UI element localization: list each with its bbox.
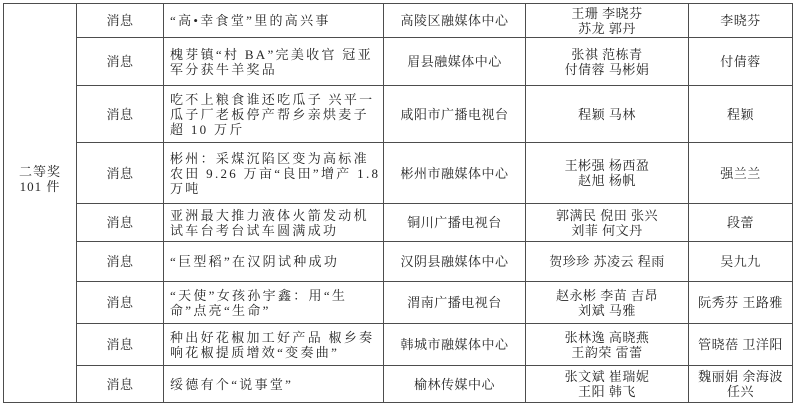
entry-authors-cell: 郭满民 倪田 张兴 刘菲 何文丹 xyxy=(526,204,689,242)
entry-type-cell: 消息 xyxy=(77,242,164,282)
entry-title-cell: 亚洲最大推力液体火箭发动机试车台考台试车圆满成功 xyxy=(164,204,384,242)
entry-type-cell: 消息 xyxy=(77,366,164,403)
table-row: 消息 绥德有个“说事堂” 榆林传媒中心 张文斌 崔瑞妮 王阳 韩飞 魏丽娟 余海… xyxy=(4,366,793,403)
entry-authors-cell: 张祺 范栋青 付倩蓉 马彬娟 xyxy=(526,38,689,86)
entry-title-cell: 种出好花椒加工好产品 椒乡奏响花椒提质增效“变奏曲” xyxy=(164,324,384,366)
entry-type-cell: 消息 xyxy=(77,86,164,143)
entry-title-cell: “高•幸食堂”里的高兴事 xyxy=(164,4,384,38)
table-row: 消息 槐芽镇“村 BA”完美收官 冠亚军分获牛羊奖品 眉县融媒体中心 张祺 范栋… xyxy=(4,38,793,86)
entry-editors-cell: 魏丽娟 余海波 任兴 xyxy=(689,366,793,403)
entry-organization-cell: 韩城市融媒体中心 xyxy=(384,324,526,366)
entry-authors-cell: 张文斌 崔瑞妮 王阳 韩飞 xyxy=(526,366,689,403)
entry-organization-cell: 渭南广播电视台 xyxy=(384,282,526,324)
entry-editors-cell: 付倩蓉 xyxy=(689,38,793,86)
entry-organization-cell: 汉阴县融媒体中心 xyxy=(384,242,526,282)
entry-title-cell: 绥德有个“说事堂” xyxy=(164,366,384,403)
entry-authors-cell: 张林逸 高晓燕 王韵荣 雷蕾 xyxy=(526,324,689,366)
entry-editors-cell: 李晓芬 xyxy=(689,4,793,38)
entry-organization-cell: 高陵区融媒体中心 xyxy=(384,4,526,38)
table-row: 二等奖 101 件 消息 “高•幸食堂”里的高兴事 高陵区融媒体中心 王珊 李晓… xyxy=(4,4,793,38)
entry-authors-cell: 赵永彬 李苗 吉昂 刘斌 马雅 xyxy=(526,282,689,324)
entry-authors-cell: 程颖 马林 xyxy=(526,86,689,143)
entry-editors-cell: 强兰兰 xyxy=(689,143,793,204)
entry-type-cell: 消息 xyxy=(77,324,164,366)
entry-editors-cell: 吴九九 xyxy=(689,242,793,282)
award-group-label: 二等奖 101 件 xyxy=(4,164,76,194)
entry-organization-cell: 铜川广播电视台 xyxy=(384,204,526,242)
entry-editors-cell: 管晓蓓 卫洋阳 xyxy=(689,324,793,366)
entry-authors-cell: 王珊 李晓芬 苏龙 郭丹 xyxy=(526,4,689,38)
entry-authors-cell: 王彬强 杨西盈 赵旭 杨帆 xyxy=(526,143,689,204)
entry-type-cell: 消息 xyxy=(77,204,164,242)
entry-editors-cell: 段蕾 xyxy=(689,204,793,242)
entry-title-cell: 彬州：采煤沉陷区变为高标准农田 9.26 万亩“良田”增产 1.8 万吨 xyxy=(164,143,384,204)
award-group-cell: 二等奖 101 件 xyxy=(4,4,77,403)
table-row: 消息 彬州：采煤沉陷区变为高标准农田 9.26 万亩“良田”增产 1.8 万吨 … xyxy=(4,143,793,204)
entry-organization-cell: 彬州市融媒体中心 xyxy=(384,143,526,204)
entry-title-cell: “巨型稻”在汉阴试种成功 xyxy=(164,242,384,282)
entry-organization-cell: 榆林传媒中心 xyxy=(384,366,526,403)
entry-organization-cell: 眉县融媒体中心 xyxy=(384,38,526,86)
table-row: 消息 “巨型稻”在汉阴试种成功 汉阴县融媒体中心 贺珍珍 苏凌云 程雨 吴九九 xyxy=(4,242,793,282)
entry-editors-cell: 程颖 xyxy=(689,86,793,143)
table-row: 消息 吃不上粮食谁还吃瓜子 兴平一瓜子厂老板停产帮乡亲烘麦子超 10 万斤 咸阳… xyxy=(4,86,793,143)
entry-type-cell: 消息 xyxy=(77,4,164,38)
entry-type-cell: 消息 xyxy=(77,143,164,204)
entry-authors-cell: 贺珍珍 苏凌云 程雨 xyxy=(526,242,689,282)
table-row: 消息 亚洲最大推力液体火箭发动机试车台考台试车圆满成功 铜川广播电视台 郭满民 … xyxy=(4,204,793,242)
entry-organization-cell: 咸阳市广播电视台 xyxy=(384,86,526,143)
entry-title-cell: 槐芽镇“村 BA”完美收官 冠亚军分获牛羊奖品 xyxy=(164,38,384,86)
entry-title-cell: 吃不上粮食谁还吃瓜子 兴平一瓜子厂老板停产帮乡亲烘麦子超 10 万斤 xyxy=(164,86,384,143)
table-row: 消息 “天使”女孩孙宇鑫：用“生命”点亮“生命” 渭南广播电视台 赵永彬 李苗 … xyxy=(4,282,793,324)
table-row: 消息 种出好花椒加工好产品 椒乡奏响花椒提质增效“变奏曲” 韩城市融媒体中心 张… xyxy=(4,324,793,366)
document-page: 二等奖 101 件 消息 “高•幸食堂”里的高兴事 高陵区融媒体中心 王珊 李晓… xyxy=(0,0,800,406)
entry-title-cell: “天使”女孩孙宇鑫：用“生命”点亮“生命” xyxy=(164,282,384,324)
entry-type-cell: 消息 xyxy=(77,38,164,86)
entry-editors-cell: 阮秀芬 王路雅 xyxy=(689,282,793,324)
awards-table: 二等奖 101 件 消息 “高•幸食堂”里的高兴事 高陵区融媒体中心 王珊 李晓… xyxy=(3,3,793,403)
entry-type-cell: 消息 xyxy=(77,282,164,324)
